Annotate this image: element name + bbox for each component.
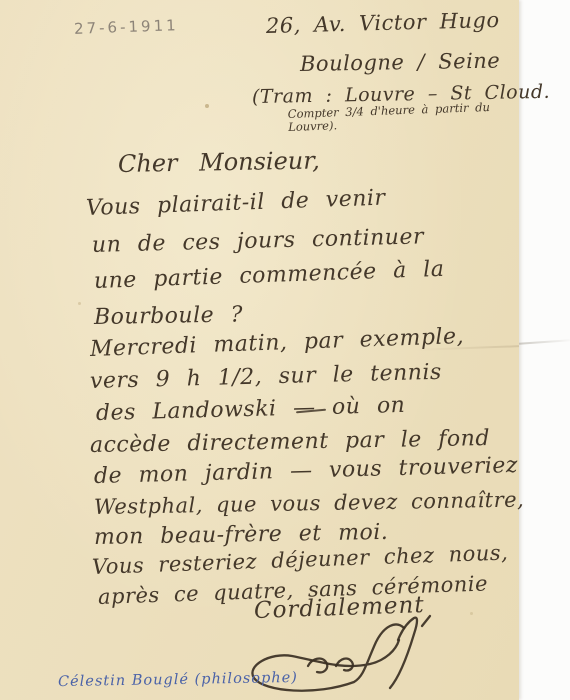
fold-crease	[519, 339, 570, 345]
salutation: Cher Monsieur,	[118, 146, 320, 178]
paper-speck	[470, 612, 473, 615]
paper-speck	[205, 104, 209, 108]
body-line: Bourboule ?	[94, 302, 243, 330]
paper-speck	[78, 302, 81, 305]
pencil-date: 27-6-1911	[74, 16, 179, 38]
letter-scan: 27-6-1911 26, Av. Victor Hugo Boulogne /…	[0, 0, 570, 700]
address-line-2: Boulogne / Seine	[300, 49, 501, 76]
